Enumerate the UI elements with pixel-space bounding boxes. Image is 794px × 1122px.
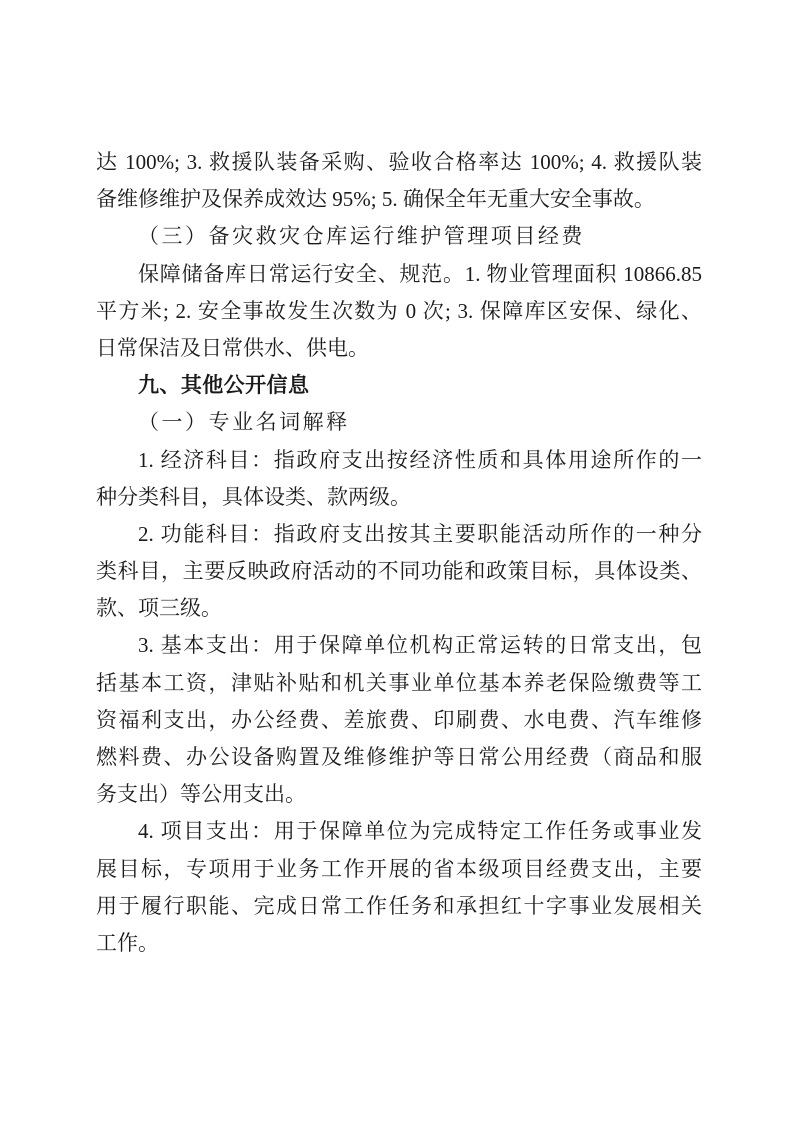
- text-line: 平方米; 2. 安全事故发生次数为 0 次; 3. 保障库区安保、绿化、: [96, 293, 702, 330]
- paragraph: 达 100%; 3. 救援队装备采购、验收合格率达 100%; 4. 救援队装备…: [96, 144, 702, 218]
- paragraph: 九、其他公开信息: [96, 367, 702, 404]
- text-line: 种分类科目，具体设类、款两级。: [96, 479, 702, 516]
- document-page: 达 100%; 3. 救援队装备采购、验收合格率达 100%; 4. 救援队装备…: [0, 0, 794, 1122]
- text-line: 4. 项目支出：用于保障单位为完成特定工作任务或事业发: [96, 813, 702, 850]
- text-line: （三）备灾救灾仓库运行维护管理项目经费: [96, 218, 702, 255]
- paragraph: （一）专业名词解释: [96, 404, 702, 441]
- text-line: 括基本工资，津贴补贴和机关事业单位基本养老保险缴费等工: [96, 665, 702, 702]
- text-line: 保障储备库日常运行安全、规范。1. 物业管理面积 10866.85: [96, 256, 702, 293]
- text-line: 工作。: [96, 925, 702, 962]
- paragraph: 1. 经济科目：指政府支出按经济性质和具体用途所作的一种分类科目，具体设类、款两…: [96, 442, 702, 516]
- text-line: 1. 经济科目：指政府支出按经济性质和具体用途所作的一: [96, 442, 702, 479]
- document-content: 达 100%; 3. 救援队装备采购、验收合格率达 100%; 4. 救援队装备…: [96, 144, 702, 962]
- text-line: 用于履行职能、完成日常工作任务和承担红十字事业发展相关: [96, 888, 702, 925]
- text-line: 达 100%; 3. 救援队装备采购、验收合格率达 100%; 4. 救援队装: [96, 144, 702, 181]
- text-line: 燃料费、办公设备购置及维修维护等日常公用经费（商品和服: [96, 739, 702, 776]
- text-line: 展目标，专项用于业务工作开展的省本级项目经费支出，主要: [96, 851, 702, 888]
- text-line: 类科目，主要反映政府活动的不同功能和政策目标，具体设类、: [96, 553, 702, 590]
- text-line: 九、其他公开信息: [96, 367, 702, 404]
- paragraph: 2. 功能科目：指政府支出按其主要职能活动所作的一种分类科目，主要反映政府活动的…: [96, 516, 702, 628]
- text-line: 资福利支出，办公经费、差旅费、印刷费、水电费、汽车维修: [96, 702, 702, 739]
- text-line: 备维修维护及保养成效达 95%; 5. 确保全年无重大安全事故。: [96, 181, 702, 218]
- text-line: （一）专业名词解释: [96, 404, 702, 441]
- paragraph: （三）备灾救灾仓库运行维护管理项目经费: [96, 218, 702, 255]
- paragraph: 4. 项目支出：用于保障单位为完成特定工作任务或事业发展目标，专项用于业务工作开…: [96, 813, 702, 962]
- paragraph: 保障储备库日常运行安全、规范。1. 物业管理面积 10866.85平方米; 2.…: [96, 256, 702, 368]
- text-line: 日常保洁及日常供水、供电。: [96, 330, 702, 367]
- paragraph: 3. 基本支出：用于保障单位机构正常运转的日常支出，包括基本工资，津贴补贴和机关…: [96, 627, 702, 813]
- text-line: 务支出）等公用支出。: [96, 776, 702, 813]
- text-line: 2. 功能科目：指政府支出按其主要职能活动所作的一种分: [96, 516, 702, 553]
- text-line: 3. 基本支出：用于保障单位机构正常运转的日常支出，包: [96, 627, 702, 664]
- text-line: 款、项三级。: [96, 590, 702, 627]
